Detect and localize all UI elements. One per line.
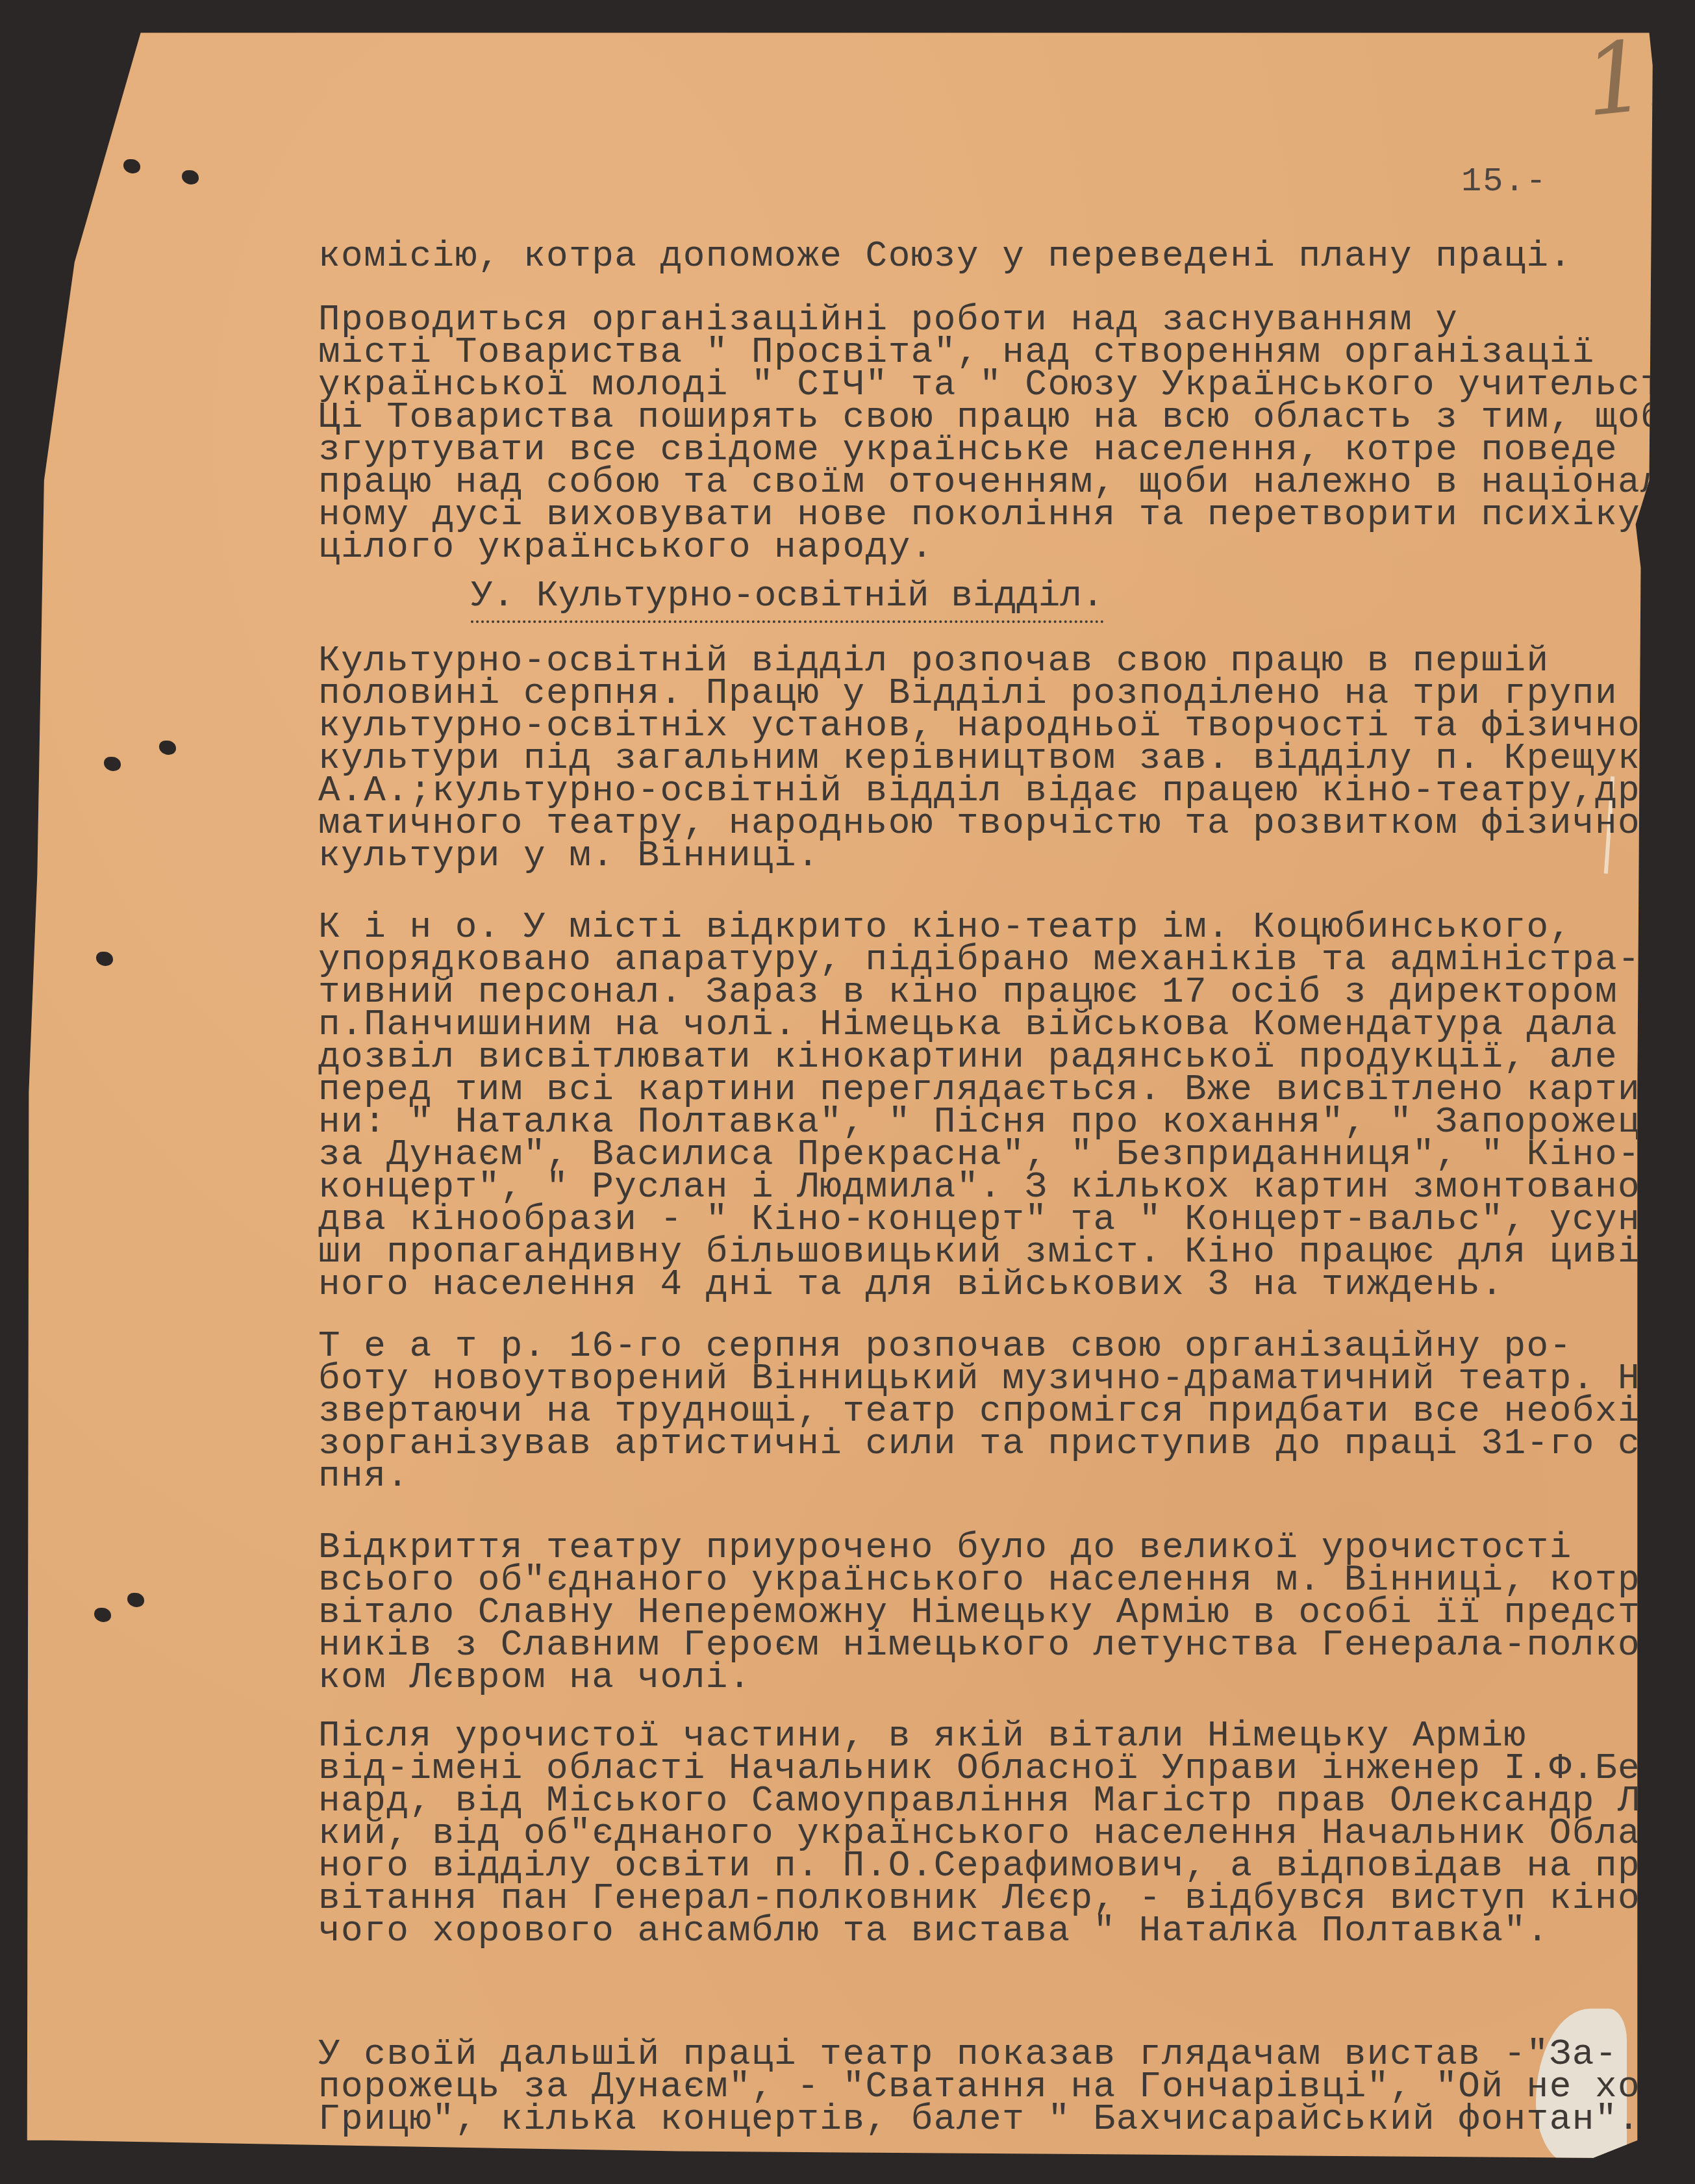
text-line: культури у м. Вінниці. bbox=[318, 835, 820, 876]
punch-hole bbox=[94, 1608, 111, 1622]
punch-hole bbox=[159, 741, 176, 755]
punch-hole bbox=[127, 1593, 144, 1607]
punch-hole bbox=[104, 757, 121, 771]
text-line: пня. bbox=[318, 1455, 409, 1497]
text-line: Грицю", кілька концертів, балет " Бахчис… bbox=[318, 2098, 1640, 2140]
text-line: ком Лєвром на чолі. bbox=[318, 1657, 751, 1698]
document-page: 15 15.- У. Культурно-освітній відділ. ко… bbox=[0, 0, 1695, 2184]
page-number: 15.- bbox=[1461, 162, 1548, 201]
handwritten-folio-number: 15 bbox=[1579, 14, 1695, 139]
text-line: комісію, котра допоможе Союзу у переведе… bbox=[318, 235, 1572, 277]
text-line: чого хорового ансамблю та вистава " Ната… bbox=[318, 1910, 1550, 1951]
text-line: цілого українського народу. bbox=[318, 526, 934, 568]
text-line: ного населення 4 дні та для військових 3… bbox=[318, 1263, 1503, 1305]
punch-hole bbox=[182, 170, 199, 184]
punch-hole bbox=[123, 159, 140, 173]
section-heading: У. Культурно-освітній відділ. bbox=[471, 575, 1104, 623]
text-line: зорганізував артистичні сили та приступи… bbox=[318, 1423, 1695, 1464]
punch-hole bbox=[96, 952, 113, 966]
